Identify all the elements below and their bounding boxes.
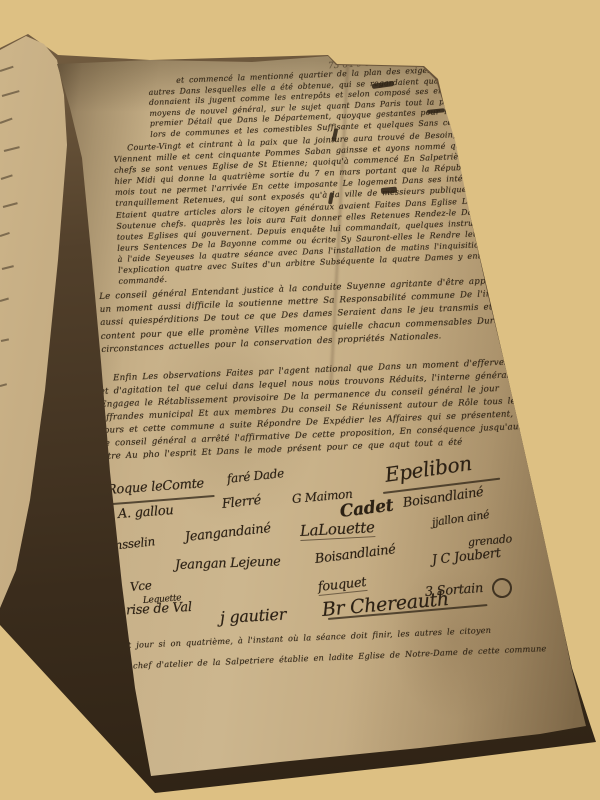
verso-ink-stroke [0, 298, 9, 302]
verso-ink-stroke [1, 174, 13, 180]
manuscript-photo: 73 64 9 9 et commencé la mentionné quart… [0, 0, 600, 800]
body-paragraph-4: Enfin Les observations Faites par l'agen… [99, 356, 517, 464]
signature: LaLouette [300, 518, 376, 541]
signature: j gautier [220, 605, 287, 627]
verso-ink-stroke [2, 265, 14, 270]
verso-ink-stroke [0, 232, 10, 237]
verso-ink-stroke [1, 338, 9, 342]
signature: Vce [129, 578, 152, 594]
verso-ink-stroke [0, 66, 14, 72]
verso-ink-stroke [4, 146, 20, 152]
verso-ink-stroke [0, 118, 13, 124]
verso-ink-stroke [0, 383, 7, 387]
verso-ink-stroke [3, 202, 18, 208]
body-paragraph-1: et commencé la mentionné quartier de la … [148, 65, 450, 141]
verso-ink-stroke [2, 90, 20, 97]
body-paragraph-2: Courte-Vingt et cintrant à la paix que l… [113, 128, 503, 288]
